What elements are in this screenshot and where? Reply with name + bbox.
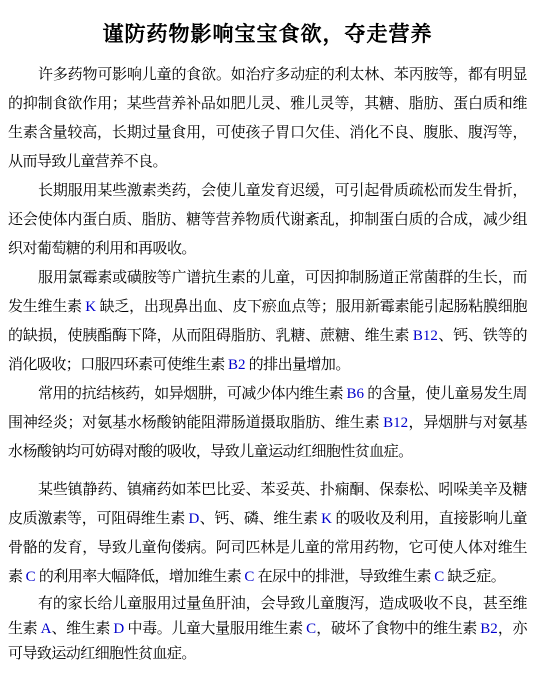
latin-vitamin-text: C bbox=[244, 569, 254, 585]
latin-vitamin-text: B2 bbox=[228, 357, 246, 373]
paragraph: 许多药物可影响儿童的食欲。如治疗多动症的利太林、苯丙胺等，都有明显的抑制食欲作用… bbox=[8, 61, 527, 177]
latin-vitamin-text: D bbox=[113, 621, 124, 637]
document-page: 谨防药物影响宝宝食欲，夺走营养 许多药物可影响儿童的食欲。如治疗多动症的利太林、… bbox=[0, 0, 534, 680]
latin-vitamin-text: K bbox=[85, 299, 96, 315]
latin-vitamin-text: B12 bbox=[413, 328, 438, 344]
paragraph: 常用的抗结核药，如异烟肼，可减少体内维生素 B6 的含量，使儿童易发生周围神经炎… bbox=[8, 380, 527, 467]
paragraph: 有的家长给儿童服用过量鱼肝油，会导致儿童腹泻，造成吸收不良，甚至维生素 A、维生… bbox=[8, 592, 527, 667]
latin-vitamin-text: D bbox=[189, 511, 200, 527]
latin-vitamin-text: K bbox=[321, 511, 332, 527]
document-title: 谨防药物影响宝宝食欲，夺走营养 bbox=[8, 18, 527, 48]
paragraph: 长期服用某些激素类药，会使儿童发育迟缓，可引起骨质疏松而发生骨折，还会使体内蛋白… bbox=[8, 177, 527, 264]
latin-vitamin-text: B6 bbox=[346, 386, 364, 402]
latin-vitamin-text: C bbox=[306, 621, 316, 637]
latin-vitamin-text: B2 bbox=[480, 621, 498, 637]
paragraph: 某些镇静药、镇痛药如苯巴比妥、苯妥英、扑痫酮、保泰松、吲哚美辛及糖皮质激素等，可… bbox=[8, 476, 527, 592]
latin-vitamin-text: C bbox=[26, 569, 36, 585]
paragraph: 服用氯霉素或磺胺等广谱抗生素的儿童，可因抑制肠道正常菌群的生长，而发生维生素 K… bbox=[8, 264, 527, 380]
latin-vitamin-text: C bbox=[434, 569, 444, 585]
latin-vitamin-text: A bbox=[41, 621, 52, 637]
latin-vitamin-text: B12 bbox=[383, 415, 408, 431]
document-body: 许多药物可影响儿童的食欲。如治疗多动症的利太林、苯丙胺等，都有明显的抑制食欲作用… bbox=[8, 61, 527, 667]
